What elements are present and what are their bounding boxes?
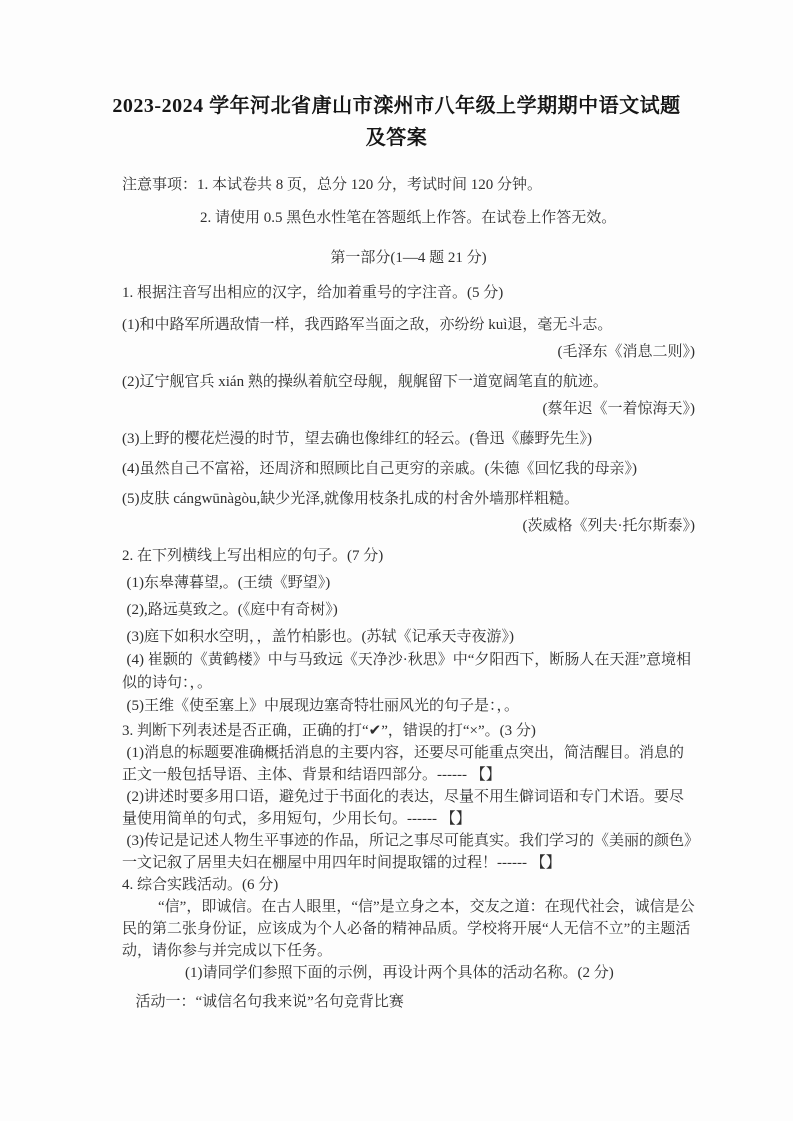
q2-item-5: (5)王维《使至塞上》中展现边塞奇特壮丽风光的句子是：，。 — [122, 695, 695, 718]
notice-line-2: 2. 请使用 0.5 黑色水性笔在答题纸上作答。在试卷上作答无效。 — [122, 207, 695, 230]
q2-item-4: (4) 崔颢的《黄鹤楼》中与马致远《天净沙·秋思》中“夕阳西下，断肠人在天涯”意… — [122, 649, 695, 695]
q1-stem: 1. 根据注音写出相应的汉字，给加着重号的字注音。(5 分) — [122, 282, 695, 305]
q4-stem: 4. 综合实践活动。(6 分) — [122, 874, 695, 896]
q1-item-1-source: (毛泽东《消息二则》) — [122, 341, 695, 364]
q1-item-5-source: (茨威格《列夫·托尔斯泰》) — [122, 515, 695, 538]
q1-item-4: (4)虽然自己不富裕，还周济和照顾比自己更穷的亲戚。(朱德《回忆我的母亲》) — [122, 458, 695, 481]
q1-item-5: (5)皮肤 cángwūnàgòu,缺少光泽,就像用枝条扎成的村舍外墙那样粗糙。 — [122, 488, 695, 511]
q2-item-2: (2),路远莫致之。(《庭中有奇树》) — [122, 599, 695, 622]
q1-item-2: (2)辽宁舰官兵 xián 熟的操纵着航空母舰，舰艉留下一道宽阔笔直的航迹。 — [122, 371, 695, 394]
document-title: 2023-2024 学年河北省唐山市滦州市八年级上学期期中语文试题 及答案 — [98, 90, 695, 154]
q2-item-3: (3)庭下如积水空明，，盖竹柏影也。(苏轼《记承天寺夜游》) — [122, 626, 695, 649]
q3-item-1: (1)消息的标题要准确概括消息的主要内容，还要尽可能重点突出，简洁醒目。消息的正… — [122, 742, 695, 786]
q1-item-1: (1)和中路军所遇敌情一样，我西路军当面之敌，亦纷纷 kuì退，毫无斗志。 — [122, 314, 695, 337]
title-line-2: 及答案 — [98, 122, 695, 154]
exam-page: 2023-2024 学年河北省唐山市滦州市八年级上学期期中语文试题 及答案 注意… — [0, 0, 793, 1121]
q4-activity-1: 活动一：“诚信名句我来说”名句竞背比赛 — [122, 991, 695, 1013]
part1-heading: 第一部分(1—4 题 21 分) — [122, 247, 695, 270]
q2-item-1: (1)东皋薄暮望,。(王绩《野望》) — [122, 572, 695, 595]
title-line-1: 2023-2024 学年河北省唐山市滦州市八年级上学期期中语文试题 — [98, 90, 695, 122]
q1-item-2-source: (蔡年迟《一着惊海天》) — [122, 398, 695, 421]
q1-item-3: (3)上野的樱花烂漫的时节，望去确也像绯红的轻云。(鲁迅《藤野先生》) — [122, 428, 695, 451]
q4-intro: “信”，即诚信。在古人眼里，“信”是立身之本，交友之道：在现代社会，诚信是公民的… — [122, 896, 695, 962]
q3-item-3: (3)传记是记述人物生平事迹的作品，所记之事尽可能真实。我们学习的《美丽的颜色》… — [122, 830, 695, 874]
q4-task-1: (1)请同学们参照下面的示例，再设计两个具体的活动名称。(2 分) — [122, 962, 695, 984]
q3-item-2: (2)讲述时要多用口语，避免过于书面化的表达，尽量不用生僻词语和专门术语。要尽量… — [122, 786, 695, 830]
q2-stem: 2. 在下列横线上写出相应的句子。(7 分) — [122, 545, 695, 568]
q3-stem: 3. 判断下列表述是否正确，正确的打“✔”，错误的打“×”。(3 分) — [122, 720, 695, 742]
notice-line-1: 注意事项：1. 本试卷共 8 页，总分 120 分，考试时间 120 分钟。 — [122, 174, 695, 197]
